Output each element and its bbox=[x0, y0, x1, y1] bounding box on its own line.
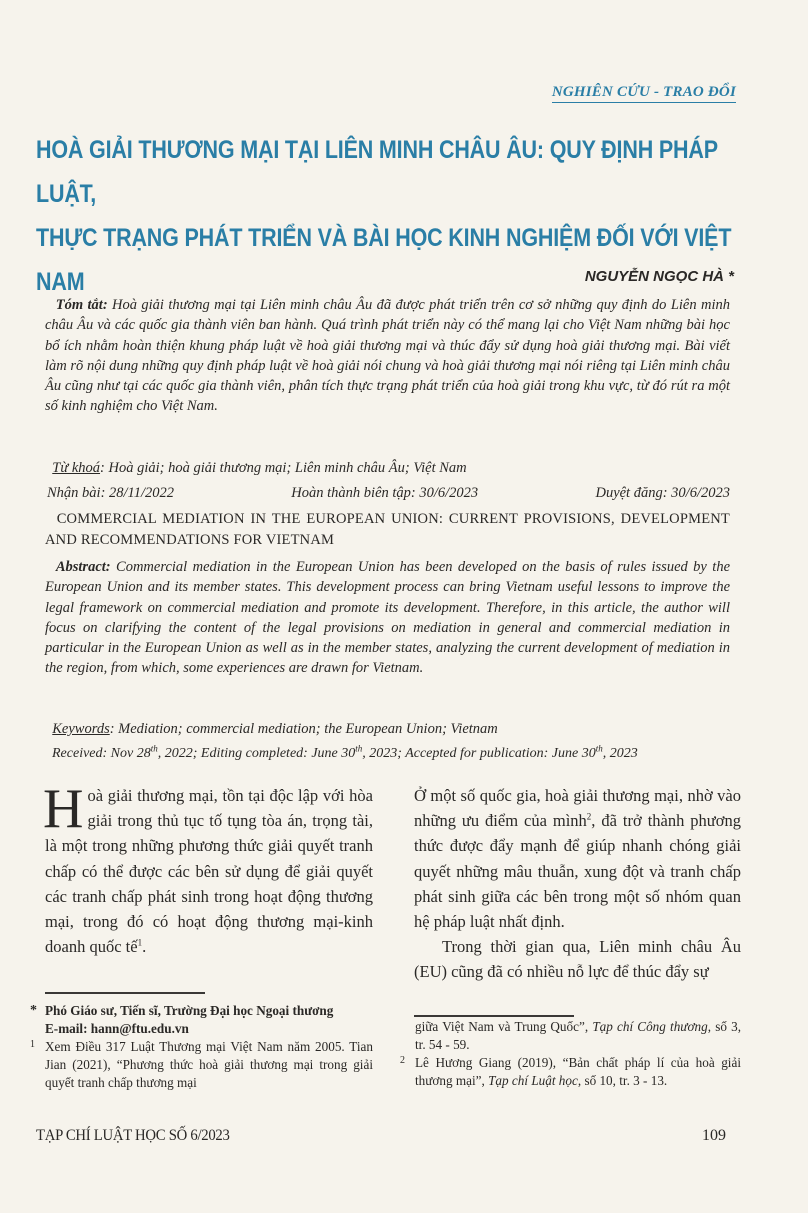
punctuation: . bbox=[142, 937, 146, 956]
vietnamese-summary: Tóm tắt: Hoà giải thương mại tại Liên mi… bbox=[45, 295, 730, 417]
keywords-en-text: : Mediation; commercial mediation; the E… bbox=[110, 721, 498, 737]
accepted-text: , 2023; Accepted for publication: June 3… bbox=[362, 746, 595, 761]
abstract-text: Commercial mediation in the European Uni… bbox=[45, 559, 730, 676]
footnote-text: Lê Hương Giang (2019), “Bản chất pháp lí… bbox=[415, 1054, 741, 1090]
received-text: Received: Nov 28 bbox=[52, 746, 151, 761]
vietnamese-keywords: Từ khoá: Hoà giải; hoà giải thương mại; … bbox=[45, 458, 730, 478]
author-footnote-body: Phó Giáo sư, Tiến sĩ, Trường Đại học Ngo… bbox=[45, 1002, 373, 1038]
keywords-label: Từ khoá bbox=[52, 460, 100, 476]
summary-label: Tóm tắt: bbox=[56, 297, 108, 313]
english-title: COMMERCIAL MEDIATION IN THE EUROPEAN UNI… bbox=[45, 509, 730, 550]
journal-name: Tạp chí Công thương bbox=[592, 1019, 707, 1034]
body-paragraph: oà giải thương mại, tồn tại độc lập với … bbox=[45, 786, 373, 956]
footnote-number: 2 bbox=[400, 1054, 415, 1090]
body-column-left: Hoà giải thương mại, tồn tại độc lập với… bbox=[45, 783, 373, 959]
footnote-divider bbox=[414, 1015, 574, 1017]
drop-cap: H bbox=[43, 787, 83, 831]
journal-footer: TẠP CHÍ LUẬT HỌC SỐ 6/2023 bbox=[36, 1127, 230, 1145]
author-affiliation: Phó Giáo sư, Tiến sĩ, Trường Đại học Ngo… bbox=[45, 1002, 373, 1020]
asterisk-mark: * bbox=[30, 1002, 45, 1038]
article-dates: Nhận bài: 28/11/2022 Hoàn thành biên tập… bbox=[45, 483, 730, 503]
body-column-right: Ở một số quốc gia, hoà giải thương mại, … bbox=[414, 783, 741, 985]
date-received: Nhận bài: 28/11/2022 bbox=[45, 483, 174, 503]
superscript: th bbox=[596, 743, 603, 753]
author-email[interactable]: E-mail: hann@ftu.edu.vn bbox=[45, 1020, 373, 1038]
footnote-1: 1 Xem Điều 317 Luật Thương mại Việt Nam … bbox=[30, 1038, 373, 1092]
english-dates: Received: Nov 28th, 2022; Editing comple… bbox=[45, 744, 730, 764]
footnote-text: Xem Điều 317 Luật Thương mại Việt Nam nă… bbox=[45, 1038, 373, 1092]
superscript: th bbox=[151, 743, 158, 753]
footnote-divider bbox=[45, 992, 205, 994]
title-line-1: HOÀ GIẢI THƯƠNG MẠI TẠI LIÊN MINH CHÂU Â… bbox=[36, 128, 776, 216]
date-approved: Duyệt đăng: 30/6/2023 bbox=[595, 483, 730, 503]
date-edited: Hoàn thành biên tập: 30/6/2023 bbox=[291, 483, 478, 503]
abstract-label: Abstract: bbox=[56, 559, 111, 575]
keywords-en-label: Keywords bbox=[52, 721, 109, 737]
journal-name: Tạp chí Luật học bbox=[488, 1073, 578, 1088]
english-title-text: COMMERCIAL MEDIATION IN THE EUROPEAN UNI… bbox=[45, 511, 730, 548]
footnotes-left: * Phó Giáo sư, Tiến sĩ, Trường Đại học N… bbox=[30, 1002, 373, 1092]
edited-text: , 2022; Editing completed: June 30 bbox=[158, 746, 356, 761]
title-line-2: THỰC TRẠNG PHÁT TRIỂN VÀ BÀI HỌC KINH NG… bbox=[36, 216, 776, 304]
english-keywords: Keywords: Mediation; commercial mediatio… bbox=[45, 719, 730, 739]
footnote-text: giữa Việt Nam và Trung Quốc”, bbox=[415, 1019, 592, 1034]
author-footnote: * Phó Giáo sư, Tiến sĩ, Trường Đại học N… bbox=[30, 1002, 373, 1038]
footnotes-right: giữa Việt Nam và Trung Quốc”, Tạp chí Cô… bbox=[400, 1018, 741, 1090]
author-name: NGUYỄN NGỌC HÀ * bbox=[585, 268, 734, 285]
summary-text: Hoà giải thương mại tại Liên minh châu Â… bbox=[45, 297, 730, 414]
keywords-text: : Hoà giải; hoà giải thương mại; Liên mi… bbox=[100, 460, 467, 476]
english-abstract: Abstract: Commercial mediation in the Eu… bbox=[45, 557, 730, 679]
page-number: 109 bbox=[702, 1127, 726, 1145]
body-paragraph: Trong thời gian qua, Liên minh châu Âu (… bbox=[414, 934, 741, 984]
body-paragraph: Ở một số quốc gia, hoà giải thương mại, … bbox=[414, 783, 741, 934]
footnote-text: , số 10, tr. 3 - 13. bbox=[578, 1073, 667, 1088]
accepted-year: , 2023 bbox=[603, 746, 638, 761]
section-tag: NGHIÊN CỨU - TRAO ĐỔI bbox=[552, 84, 736, 103]
footnote-1-continued: giữa Việt Nam và Trung Quốc”, Tạp chí Cô… bbox=[400, 1018, 741, 1054]
footnote-number: 1 bbox=[30, 1038, 45, 1092]
footnote-2: 2 Lê Hương Giang (2019), “Bản chất pháp … bbox=[400, 1054, 741, 1090]
